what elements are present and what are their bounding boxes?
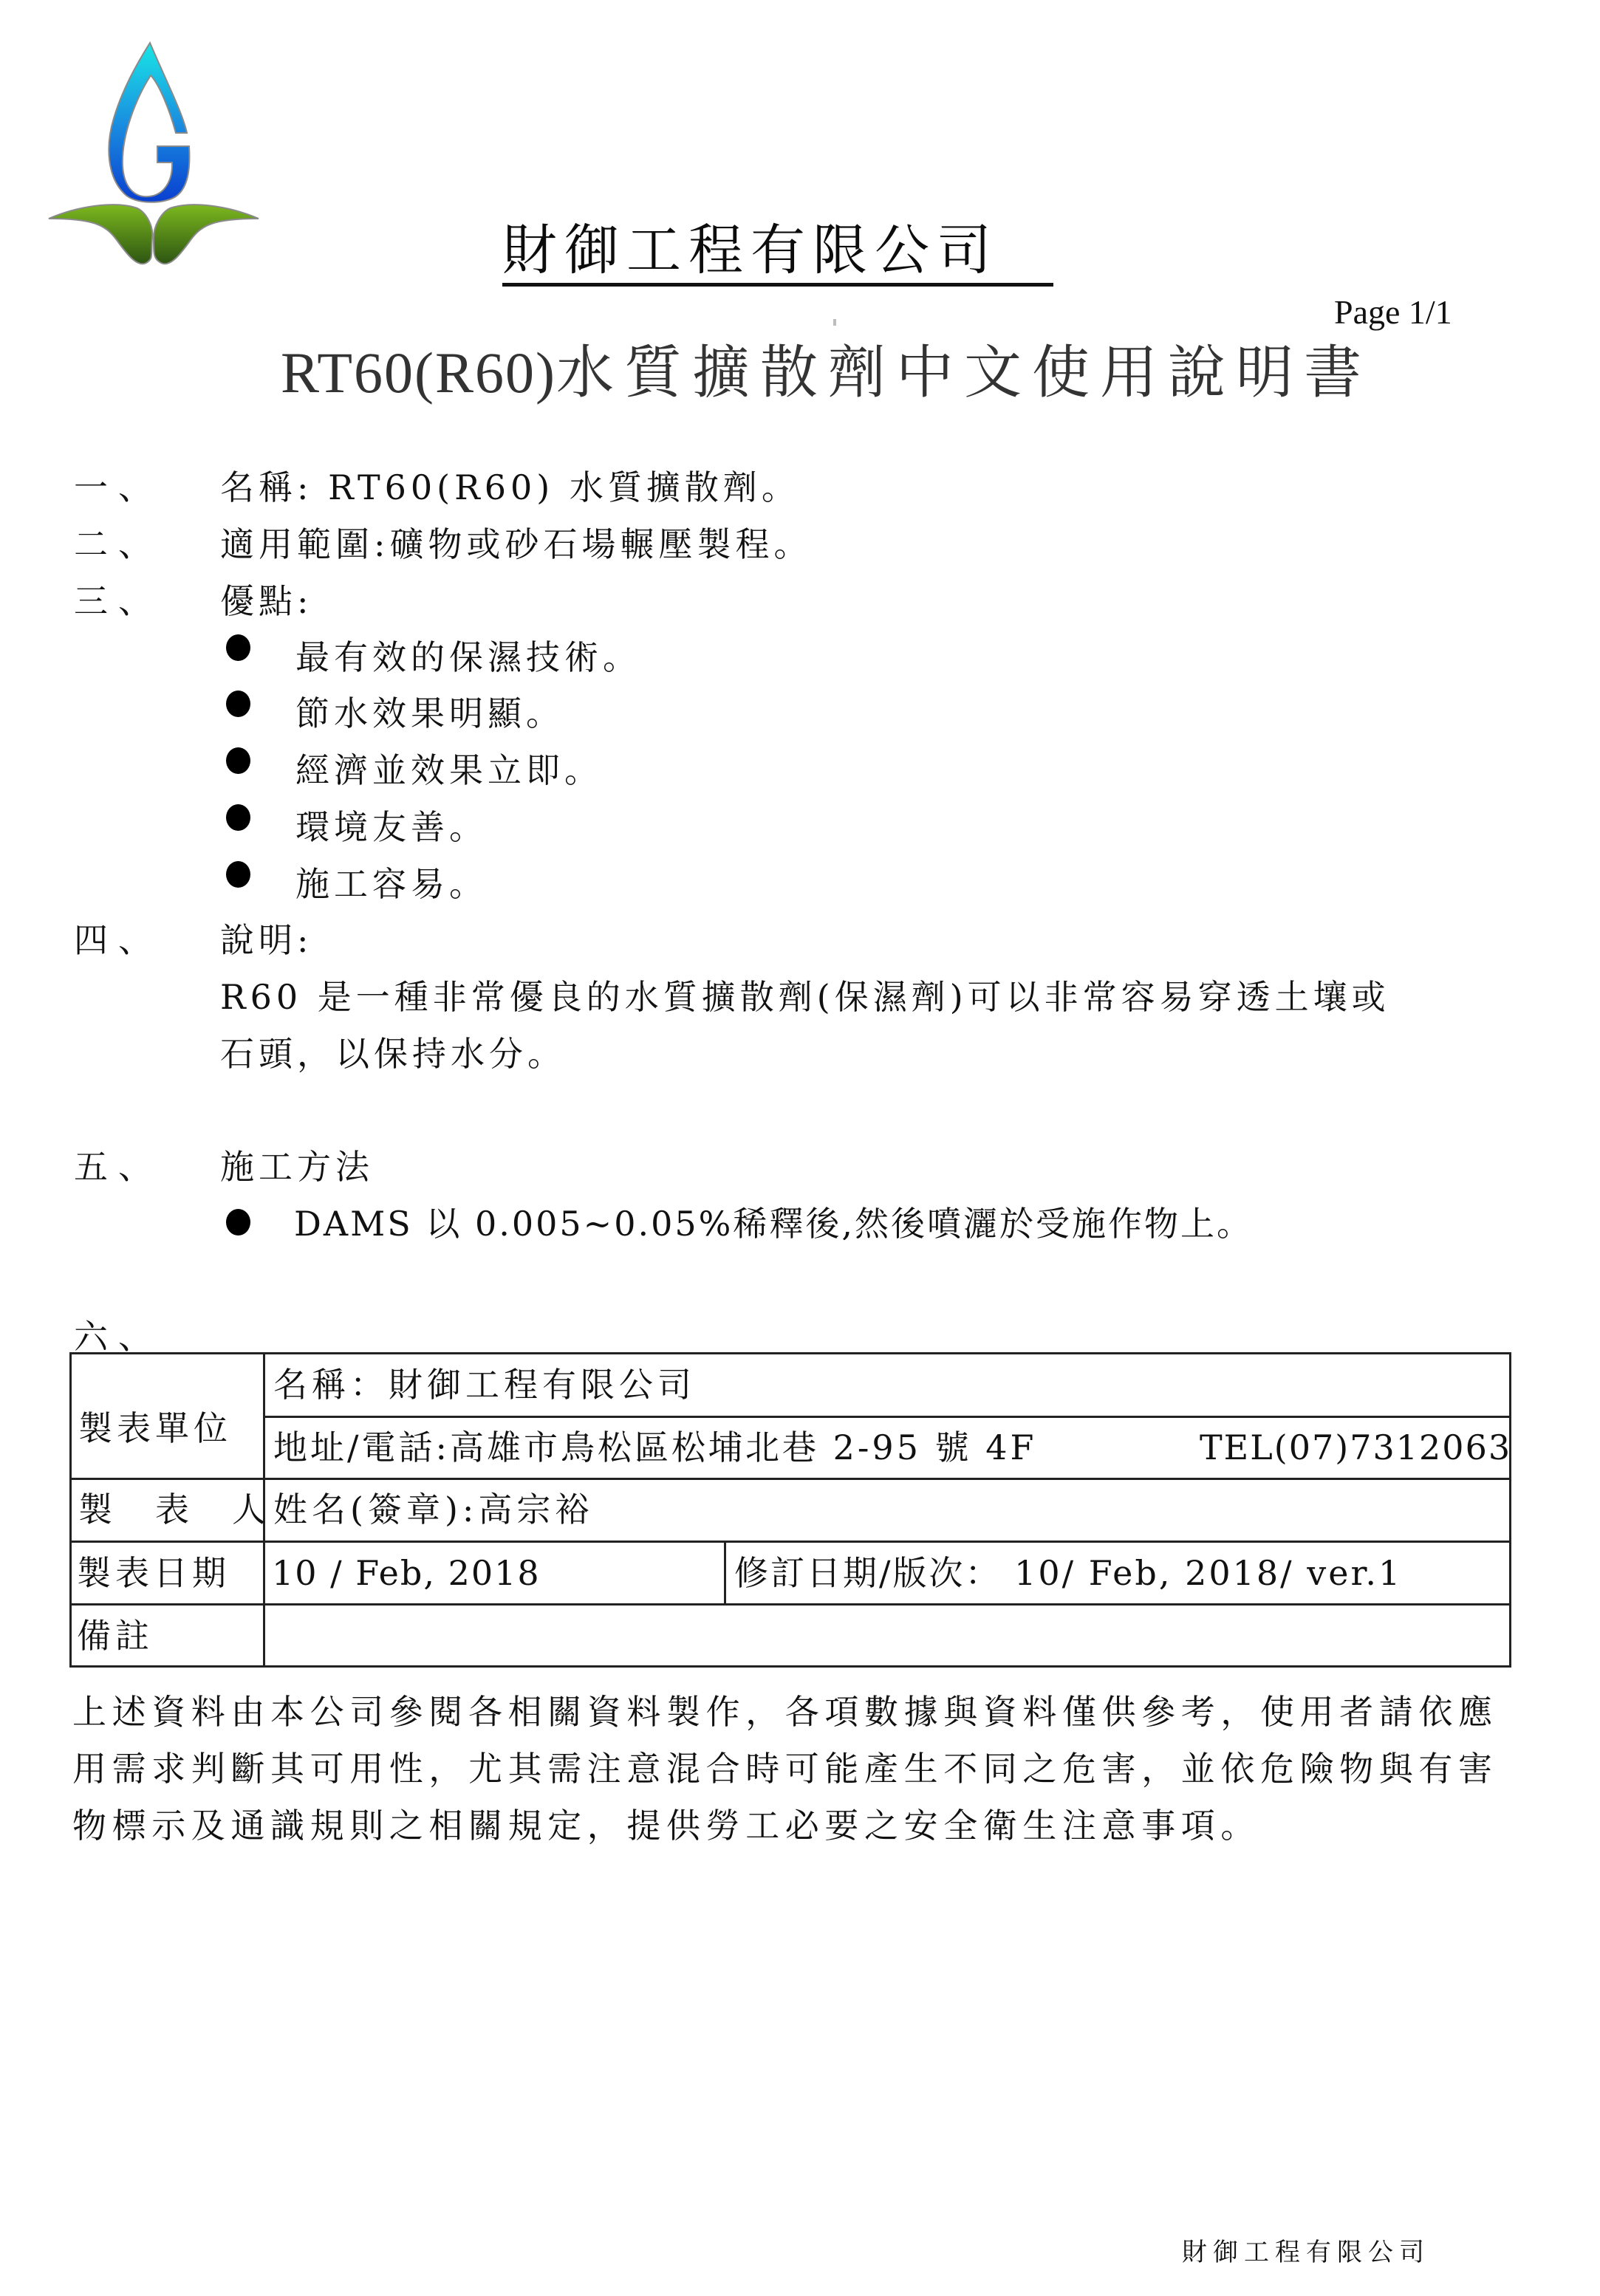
advantage-item: 經濟並效果立即。 xyxy=(295,748,603,792)
document-title-latin: RT60(R60) xyxy=(281,340,556,405)
table-divider xyxy=(69,1478,1511,1480)
advantage-item: 施工容易。 xyxy=(295,862,488,906)
company-name-header: 財御工程有限公司 xyxy=(502,219,1053,282)
page-number: Page 1/1 xyxy=(1334,292,1452,332)
advantage-item: 節水效果明顯。 xyxy=(295,691,564,736)
table-divider xyxy=(724,1541,726,1606)
remarks-label: 備註 xyxy=(77,1614,154,1658)
table-divider xyxy=(69,1541,1511,1543)
bullet-icon xyxy=(226,861,250,888)
company-logo-icon xyxy=(43,37,264,273)
section-2-text: 適用範圍:礦物或砂石場輾壓製程。 xyxy=(220,522,813,566)
address-value: 地址/電話:高雄市鳥松區松埔北巷 2-95 號 4F xyxy=(273,1425,1036,1470)
table-divider xyxy=(69,1603,1511,1606)
bullet-icon xyxy=(226,1209,250,1236)
section-2-number: 二、 xyxy=(74,522,163,566)
section-3-number: 三、 xyxy=(74,579,163,623)
stray-mark xyxy=(833,319,836,326)
application-method-item: DAMS 以 0.005~0.05%稀釋後,然後噴灑於受施作物上。 xyxy=(294,1202,1253,1246)
section-1-number: 一、 xyxy=(74,465,163,510)
table-divider xyxy=(263,1416,1511,1418)
description-line: 石頭，以保持水分。 xyxy=(220,1032,566,1076)
section-4-number: 四、 xyxy=(74,918,163,962)
disclaimer-paragraph: 上述資料由本公司參閱各相關資料製作，各項數據與資料僅供參考，使用者請依應用需求判… xyxy=(72,1684,1520,1854)
bullet-icon xyxy=(226,804,250,831)
creation-date-value: 10 / Feb, 2018 xyxy=(272,1551,541,1595)
company-name-underline xyxy=(502,283,1053,287)
bullet-icon xyxy=(226,690,250,717)
document-title: RT60(R60)水質擴散劑中文使用說明書 xyxy=(281,336,1372,410)
creation-date-label: 製表日期 xyxy=(77,1551,230,1595)
section-3-heading: 優點: xyxy=(220,579,313,623)
revision-value: 修訂日期/版次： 10/ Feb, 2018/ ver.1 xyxy=(734,1551,1402,1595)
footer-company-name: 財御工程有限公司 xyxy=(1182,2232,1430,2268)
maker-name-value: 姓名(簽章):高宗裕 xyxy=(273,1487,593,1532)
maker-unit-label: 製表單位 xyxy=(78,1406,232,1450)
section-4-heading: 說明: xyxy=(220,918,313,962)
telephone-value: TEL(07)7312063 xyxy=(1200,1425,1511,1470)
advantage-item: 環境友善。 xyxy=(295,805,488,849)
bullet-icon xyxy=(226,634,250,661)
document-title-cjk: 水質擴散劑中文使用說明書 xyxy=(556,340,1372,406)
section-1-text: 名稱: RT60(R60) 水質擴散劑。 xyxy=(220,465,800,510)
section-5-heading: 施工方法 xyxy=(220,1145,374,1189)
description-line: R60 是一種非常優良的水質擴散劑(保濕劑)可以非常容易穿透土壤或 xyxy=(220,975,1390,1019)
advantage-item: 最有效的保濕技術。 xyxy=(295,635,641,679)
maker-label: 製 表 人 xyxy=(78,1487,270,1532)
section-5-number: 五、 xyxy=(74,1145,163,1189)
company-name-value: 名稱：財御工程有限公司 xyxy=(273,1363,696,1407)
bullet-icon xyxy=(226,747,250,774)
